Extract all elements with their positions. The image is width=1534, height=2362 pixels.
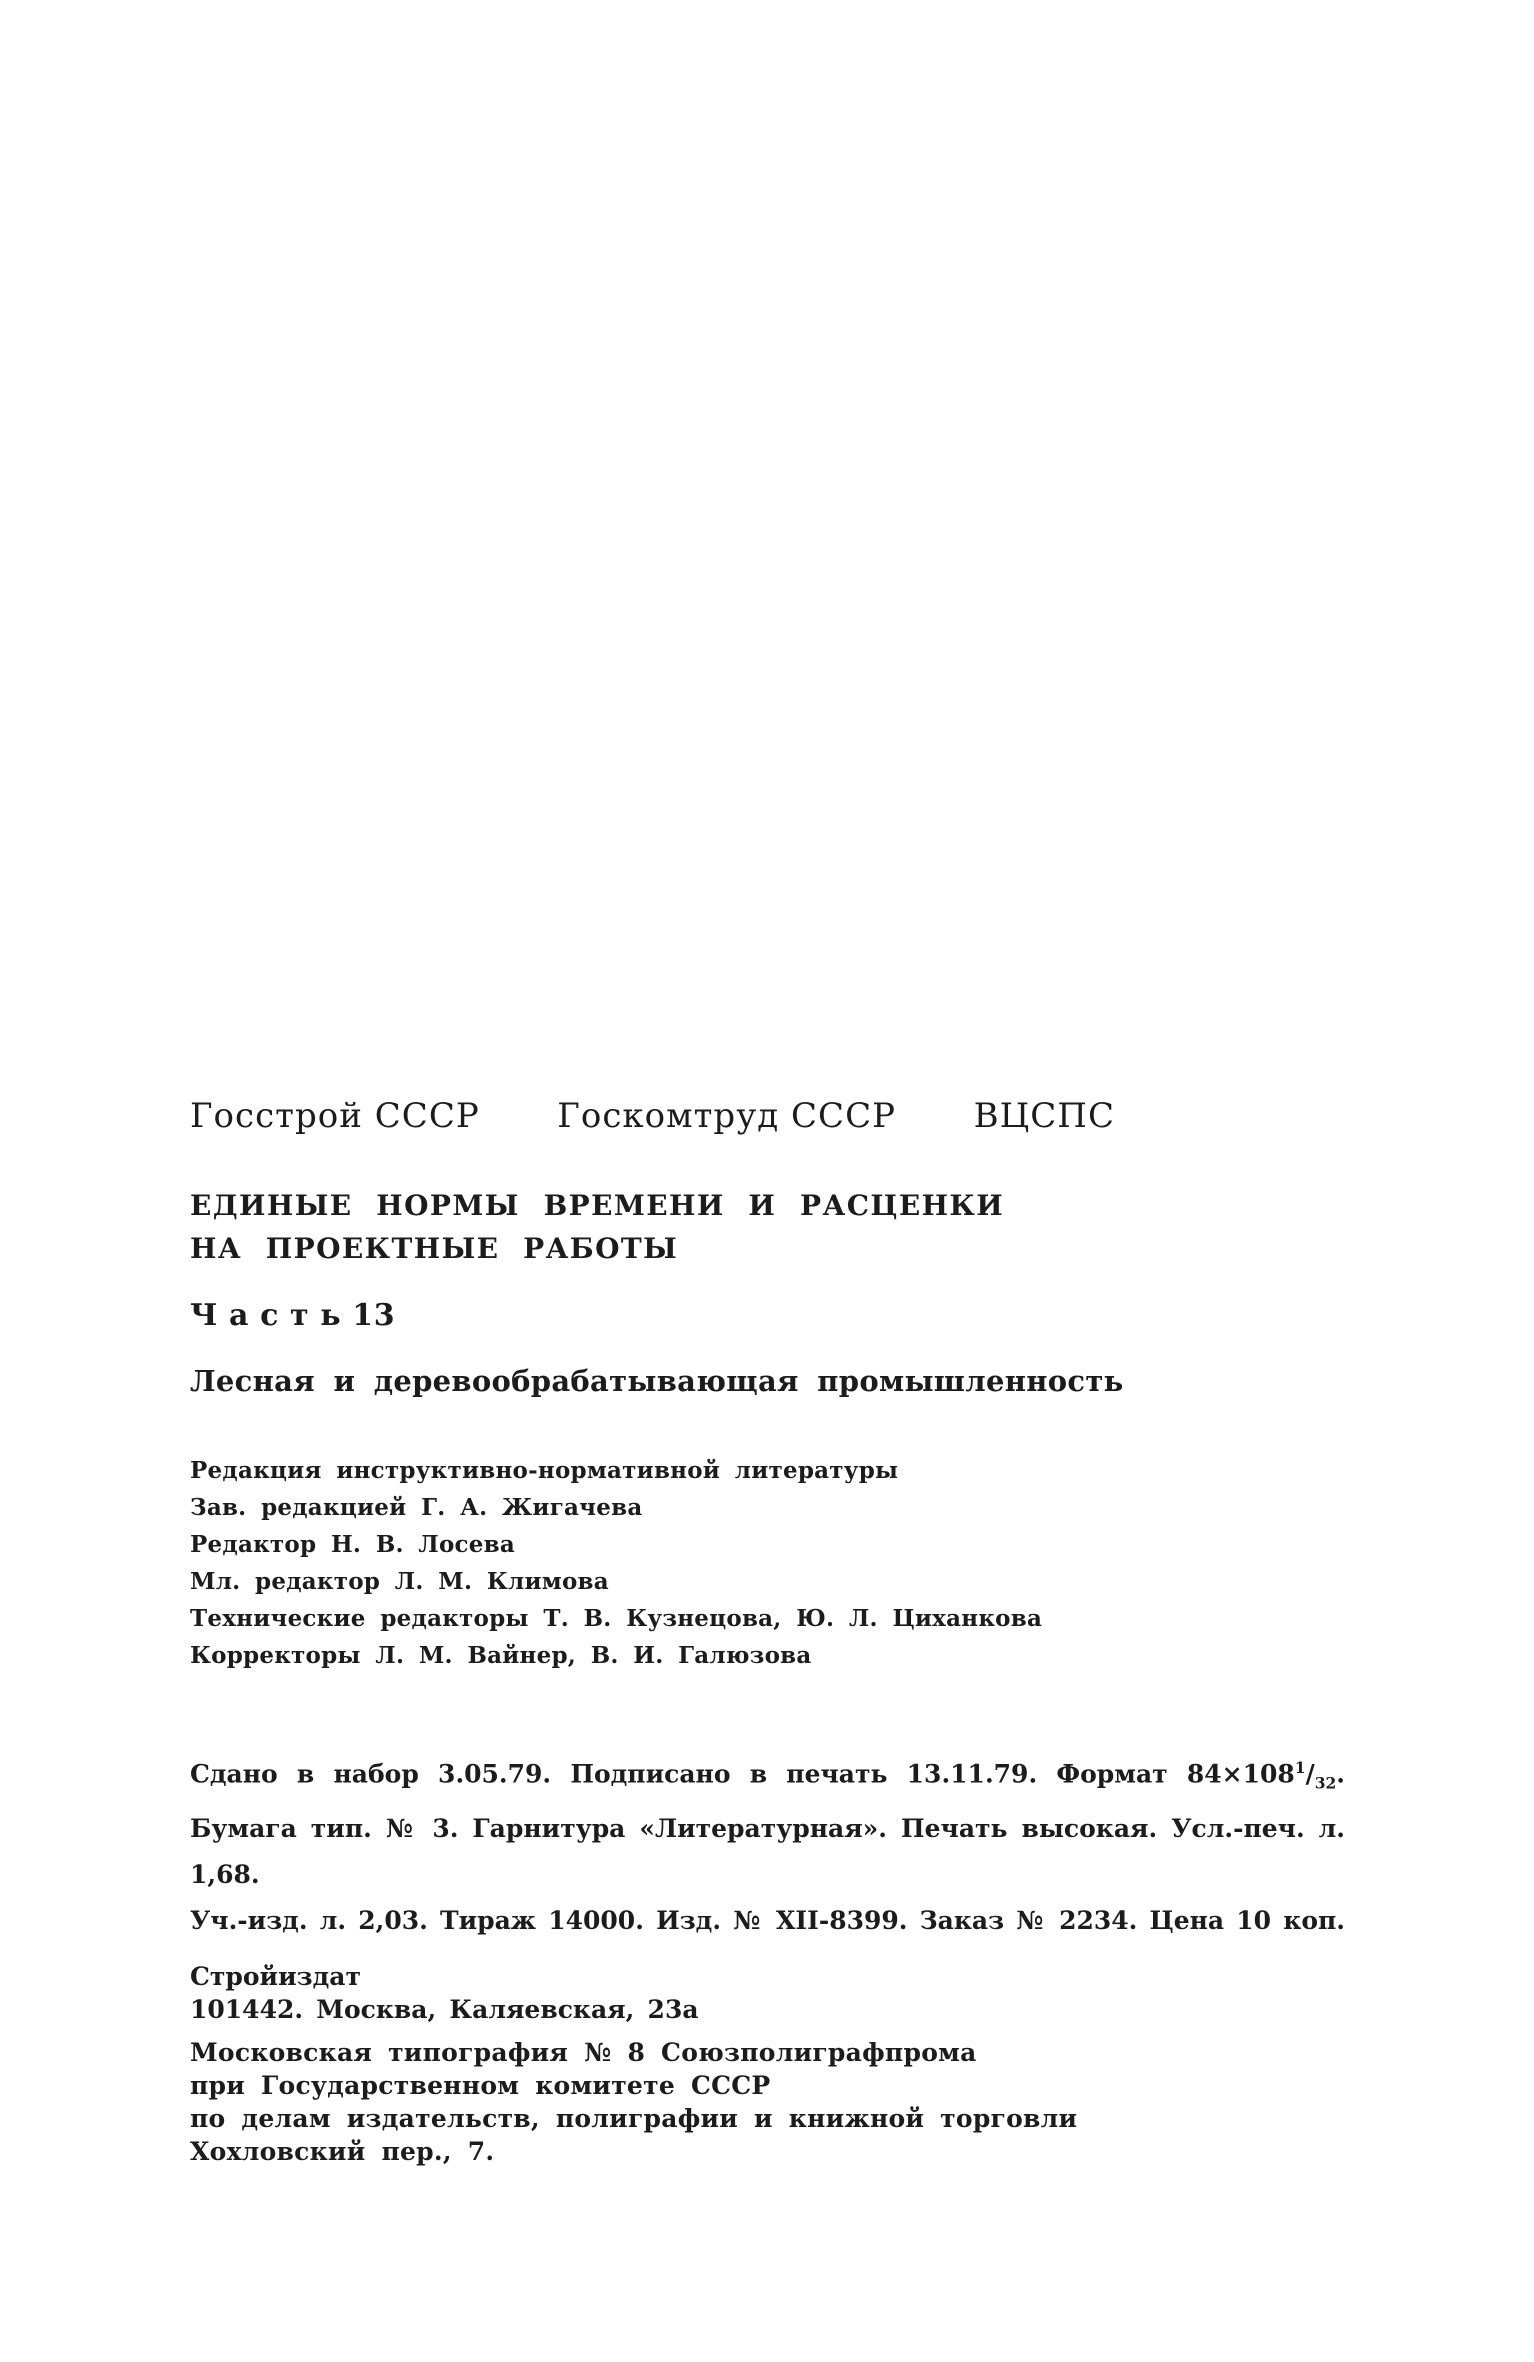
imprint-line1: Сдано в набор 3.05.79. Подписано в печат… <box>190 1745 1345 1806</box>
editorial-line-korrektory: Корректоры Л. М. Вайнер, В. И. Галюзова <box>190 1637 1042 1674</box>
printing-house-line4: Хохловский пер., 7. <box>190 2135 1077 2168</box>
imprint-line1-prefix: Сдано в набор 3.05.79. Подписано в печат… <box>190 1759 1295 1788</box>
organization-vcsps: ВЦСПС <box>974 1096 1115 1136</box>
imprint-format-numerator: 1 <box>1295 1758 1306 1777</box>
imprint-line1-period: . <box>1336 1759 1345 1788</box>
main-title-line2: НА ПРОЕКТНЫЕ РАБОТЫ <box>190 1227 1004 1270</box>
editorial-line-redaktor: Редактор Н. В. Лосева <box>190 1526 1042 1563</box>
publishers-line: Госстрой СССР Госкомтруд СССР ВЦСПС <box>190 1096 1115 1136</box>
organization-goskomtrud: Госкомтруд СССР <box>557 1096 896 1136</box>
printing-house-line1: Московская типография № 8 Союзполиграфпр… <box>190 2036 1077 2069</box>
book-imprint-page: Госстрой СССР Госкомтруд СССР ВЦСПС ЕДИН… <box>0 0 1534 2362</box>
imprint-format-slash: / <box>1306 1759 1315 1788</box>
printing-house-line3: по делам издательств, полиграфии и книжн… <box>190 2102 1077 2135</box>
printing-house-line2: при Государственном комитете СССР <box>190 2069 1077 2102</box>
imprint-line3: Уч.-изд. л. 2,03. Тираж 14000. Изд. № XI… <box>190 1898 1345 1944</box>
editorial-line-ml-redaktor: Мл. редактор Л. М. Климова <box>190 1563 1042 1600</box>
editorial-staff-block: Редакция инструктивно-нормативной литера… <box>190 1452 1042 1674</box>
subtitle: Лесная и деревообрабатывающая промышленн… <box>190 1364 1124 1398</box>
main-title-line1: ЕДИНЫЕ НОРМЫ ВРЕМЕНИ И РАСЦЕНКИ <box>190 1184 1004 1227</box>
publisher-block: Стройиздат 101442. Москва, Каляевская, 2… <box>190 1960 699 2026</box>
part-label: Ч а с т ь 13 <box>190 1298 395 1333</box>
imprint-line2: Бумага тип. № 3. Гарнитура «Литературная… <box>190 1806 1345 1898</box>
main-title: ЕДИНЫЕ НОРМЫ ВРЕМЕНИ И РАСЦЕНКИ НА ПРОЕК… <box>190 1184 1004 1270</box>
imprint-paragraph: Сдано в набор 3.05.79. Подписано в печат… <box>190 1745 1345 1944</box>
printing-house-block: Московская типография № 8 Союзполиграфпр… <box>190 2036 1077 2168</box>
editorial-line-tech-redaktory: Технические редакторы Т. В. Кузнецова, Ю… <box>190 1600 1042 1637</box>
editorial-line-zav-redakciey: Зав. редакцией Г. А. Жигачева <box>190 1489 1042 1526</box>
imprint-format-denominator: 32 <box>1315 1773 1337 1792</box>
publisher-address: 101442. Москва, Каляевская, 23а <box>190 1993 699 2026</box>
editorial-line-redakcia: Редакция инструктивно-нормативной литера… <box>190 1452 1042 1489</box>
organization-gosstroy: Госстрой СССР <box>190 1096 480 1136</box>
publisher-name: Стройиздат <box>190 1960 699 1993</box>
